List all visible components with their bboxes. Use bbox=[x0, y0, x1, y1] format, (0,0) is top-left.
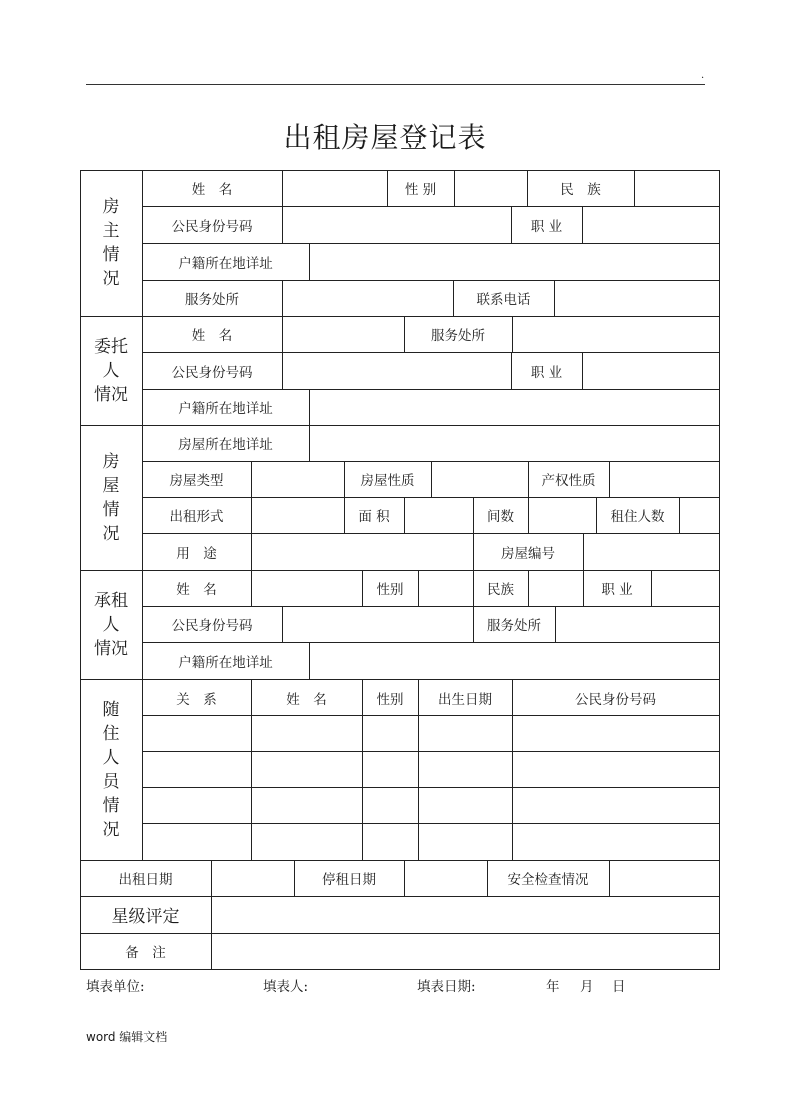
house-usage-field[interactable] bbox=[251, 533, 474, 571]
house-section-label: 房 屋 情 况 bbox=[80, 425, 143, 571]
house-rental-form-label: 出租形式 bbox=[142, 497, 252, 534]
house-nature-field[interactable] bbox=[431, 461, 529, 498]
cohabitants-section-label: 随 住 人 员 情 况 bbox=[80, 679, 143, 861]
house-nature-label: 房屋性质 bbox=[344, 461, 432, 498]
tenant-id-field[interactable] bbox=[282, 606, 474, 643]
tenant-id-label: 公民身份号码 bbox=[142, 606, 283, 643]
tenant-ethnicity-field[interactable] bbox=[528, 570, 584, 607]
owner-hukou-field[interactable] bbox=[309, 243, 720, 281]
header-mark: . bbox=[701, 70, 704, 81]
agent-workplace-label: 服务处所 bbox=[404, 316, 513, 353]
house-tenants-count-field[interactable] bbox=[679, 497, 720, 534]
tenant-workplace-label: 服务处所 bbox=[473, 606, 556, 643]
agent-section-label: 委托 人 情况 bbox=[80, 316, 143, 426]
house-area-label: 面 积 bbox=[344, 497, 405, 534]
cohabitants-col-gender: 性别 bbox=[362, 679, 419, 716]
date-day-label: 日 bbox=[612, 975, 626, 995]
agent-workplace-field[interactable] bbox=[512, 316, 720, 353]
cohabitant-cell[interactable] bbox=[251, 787, 363, 824]
cohabitant-cell[interactable] bbox=[418, 751, 513, 788]
owner-id-field[interactable] bbox=[282, 206, 512, 244]
owner-hukou-label: 户籍所在地详址 bbox=[142, 243, 310, 281]
registration-form: 房 主 情 况 姓 名 性 别 民 族 公民身份号码 职 业 户籍所在地详址 服… bbox=[80, 170, 720, 970]
tenant-gender-label: 性别 bbox=[362, 570, 419, 607]
page-title: 出租房屋登记表 bbox=[0, 116, 770, 156]
agent-hukou-field[interactable] bbox=[309, 389, 720, 426]
fill-unit-label: 填表单位: bbox=[86, 975, 145, 995]
owner-gender-label: 性 别 bbox=[387, 170, 455, 207]
cohabitant-cell[interactable] bbox=[251, 751, 363, 788]
owner-ethnicity-field[interactable] bbox=[634, 170, 720, 207]
house-area-field[interactable] bbox=[404, 497, 474, 534]
cohabitants-col-relation: 关 系 bbox=[142, 679, 252, 716]
owner-phone-field[interactable] bbox=[554, 280, 720, 317]
cohabitant-cell[interactable] bbox=[251, 715, 363, 752]
rental-start-label: 出租日期 bbox=[80, 860, 212, 897]
owner-phone-label: 联系电话 bbox=[453, 280, 555, 317]
cohabitant-cell[interactable] bbox=[142, 823, 252, 861]
owner-occupation-label: 职 业 bbox=[511, 206, 583, 244]
fill-date-label: 填表日期: bbox=[417, 975, 476, 995]
cohabitant-cell[interactable] bbox=[142, 751, 252, 788]
date-year-label: 年 bbox=[546, 975, 560, 995]
house-rooms-label: 间数 bbox=[473, 497, 529, 534]
cohabitants-col-id: 公民身份号码 bbox=[512, 679, 720, 716]
owner-name-label: 姓 名 bbox=[142, 170, 283, 207]
house-no-label: 房屋编号 bbox=[473, 533, 584, 571]
house-rooms-field[interactable] bbox=[528, 497, 597, 534]
cohabitant-cell[interactable] bbox=[362, 751, 419, 788]
house-property-label: 产权性质 bbox=[528, 461, 610, 498]
house-usage-label: 用 途 bbox=[142, 533, 252, 571]
date-month-label: 月 bbox=[580, 975, 594, 995]
cohabitant-cell[interactable] bbox=[362, 787, 419, 824]
agent-name-label: 姓 名 bbox=[142, 316, 283, 353]
footer-note: word 编辑文档 bbox=[86, 1028, 167, 1045]
rental-end-field[interactable] bbox=[404, 860, 488, 897]
cohabitants-col-name: 姓 名 bbox=[251, 679, 363, 716]
tenant-section-label: 承租 人 情况 bbox=[80, 570, 143, 680]
cohabitant-cell[interactable] bbox=[418, 715, 513, 752]
tenant-hukou-field[interactable] bbox=[309, 642, 720, 680]
remarks-label: 备 注 bbox=[80, 933, 212, 970]
agent-id-field[interactable] bbox=[282, 352, 512, 390]
agent-occupation-label: 职 业 bbox=[511, 352, 583, 390]
remarks-field[interactable] bbox=[211, 933, 720, 970]
house-address-field[interactable] bbox=[309, 425, 720, 462]
header-rule bbox=[86, 84, 705, 85]
tenant-gender-field[interactable] bbox=[418, 570, 474, 607]
cohabitant-cell[interactable] bbox=[142, 787, 252, 824]
cohabitant-cell[interactable] bbox=[418, 823, 513, 861]
house-type-label: 房屋类型 bbox=[142, 461, 252, 498]
house-address-label: 房屋所在地详址 bbox=[142, 425, 310, 462]
rating-field[interactable] bbox=[211, 896, 720, 934]
cohabitant-cell[interactable] bbox=[362, 715, 419, 752]
agent-id-label: 公民身份号码 bbox=[142, 352, 283, 390]
cohabitant-cell[interactable] bbox=[512, 715, 720, 752]
cohabitant-cell[interactable] bbox=[512, 823, 720, 861]
house-no-field[interactable] bbox=[583, 533, 720, 571]
house-property-field[interactable] bbox=[609, 461, 720, 498]
owner-id-label: 公民身份号码 bbox=[142, 206, 283, 244]
tenant-occupation-label: 职 业 bbox=[583, 570, 652, 607]
agent-hukou-label: 户籍所在地详址 bbox=[142, 389, 310, 426]
agent-occupation-field[interactable] bbox=[582, 352, 720, 390]
cohabitant-cell[interactable] bbox=[251, 823, 363, 861]
owner-occupation-field[interactable] bbox=[582, 206, 720, 244]
cohabitant-cell[interactable] bbox=[362, 823, 419, 861]
owner-section-label: 房 主 情 况 bbox=[80, 170, 143, 317]
tenant-name-field[interactable] bbox=[251, 570, 363, 607]
tenant-hukou-label: 户籍所在地详址 bbox=[142, 642, 310, 680]
filler-label: 填表人: bbox=[263, 975, 308, 995]
rental-start-field[interactable] bbox=[211, 860, 295, 897]
cohabitant-cell[interactable] bbox=[142, 715, 252, 752]
agent-name-field[interactable] bbox=[282, 316, 405, 353]
rating-label: 星级评定 bbox=[80, 896, 212, 934]
owner-name-field[interactable] bbox=[282, 170, 388, 207]
cohabitants-col-birthdate: 出生日期 bbox=[418, 679, 513, 716]
cohabitant-cell[interactable] bbox=[418, 787, 513, 824]
owner-workplace-field[interactable] bbox=[282, 280, 454, 317]
house-tenants-count-label: 租住人数 bbox=[596, 497, 680, 534]
owner-workplace-label: 服务处所 bbox=[142, 280, 283, 317]
owner-gender-field[interactable] bbox=[454, 170, 528, 207]
tenant-name-label: 姓 名 bbox=[142, 570, 252, 607]
cohabitant-cell[interactable] bbox=[512, 751, 720, 788]
owner-ethnicity-label: 民 族 bbox=[527, 170, 635, 207]
tenant-workplace-field[interactable] bbox=[555, 606, 720, 643]
cohabitant-cell[interactable] bbox=[512, 787, 720, 824]
safety-check-field[interactable] bbox=[609, 860, 720, 897]
house-type-field[interactable] bbox=[251, 461, 345, 498]
house-rental-form-field[interactable] bbox=[251, 497, 345, 534]
tenant-ethnicity-label: 民族 bbox=[473, 570, 529, 607]
safety-check-label: 安全检查情况 bbox=[487, 860, 610, 897]
tenant-occupation-field[interactable] bbox=[651, 570, 720, 607]
rental-end-label: 停租日期 bbox=[294, 860, 405, 897]
